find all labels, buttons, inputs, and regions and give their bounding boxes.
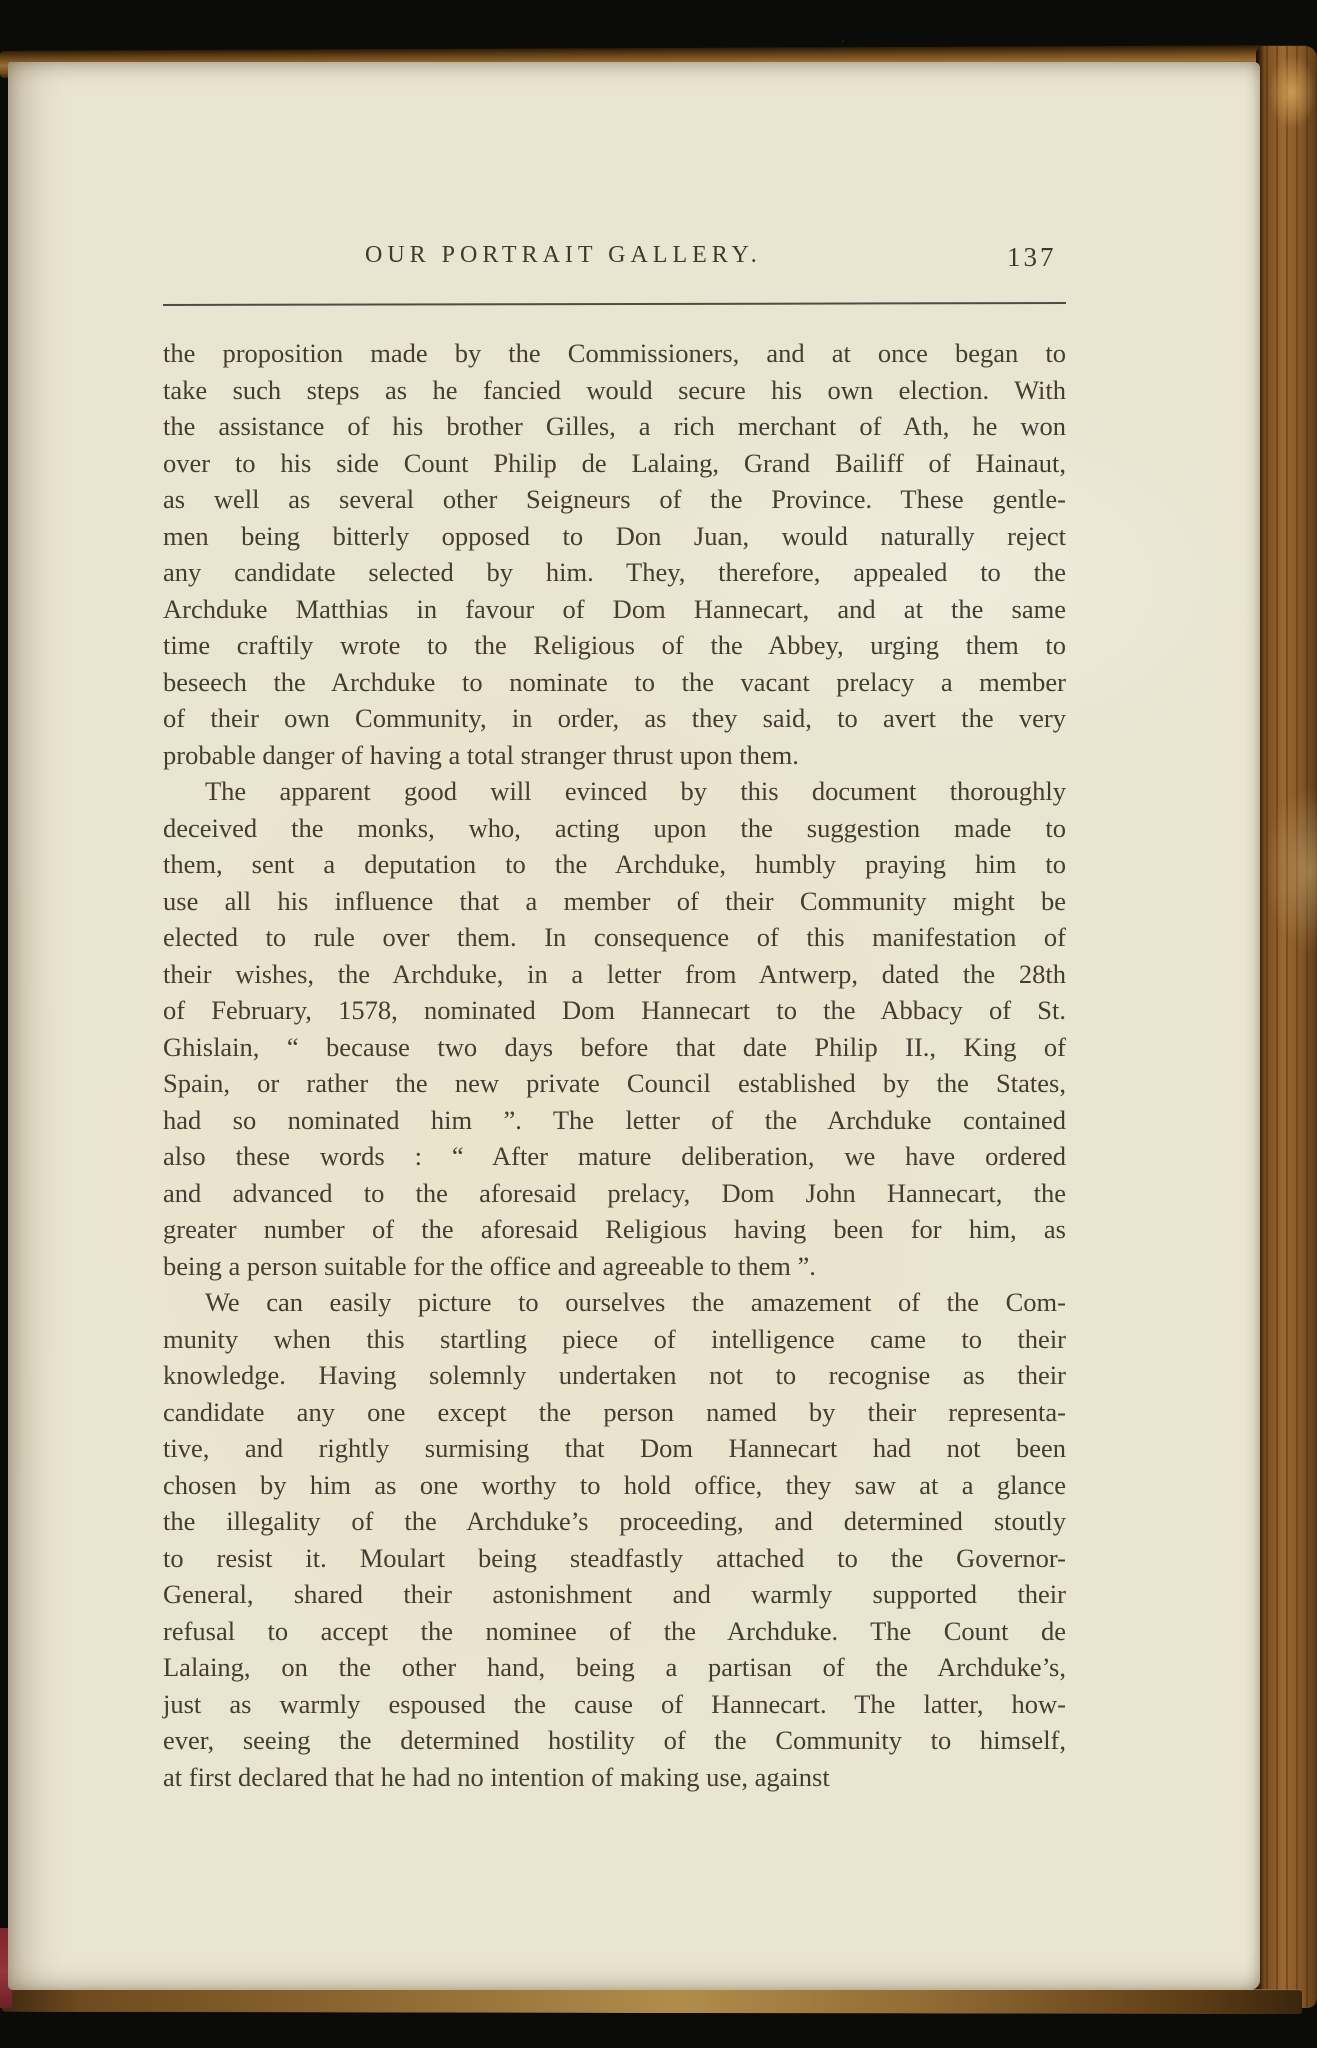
page-number: 137 (1007, 242, 1057, 273)
text-line: knowledge. Having solemnly undertaken no… (163, 1357, 1066, 1394)
text-line: over to his side Count Philip de Lalaing… (163, 445, 1066, 482)
text-line: and advanced to the aforesaid prelacy, D… (163, 1175, 1066, 1212)
text-line: deceived the monks, who, acting upon the… (163, 810, 1066, 847)
paragraph: The apparent good will evinced by this d… (163, 773, 1066, 1284)
text-line: ever, seeing the determined hostility of… (163, 1722, 1066, 1759)
text-line: take such steps as he fancied would secu… (163, 372, 1066, 409)
text-line: beseech the Archduke to nominate to the … (163, 664, 1066, 701)
paragraph: the proposition made by the Commissioner… (163, 335, 1066, 773)
text-line: to resist it. Moulart being steadfastly … (163, 1540, 1066, 1577)
text-line: men being bitterly opposed to Don Juan, … (163, 518, 1066, 555)
text-line: any candidate selected by him. They, the… (163, 554, 1066, 591)
text-line: Ghislain, “ because two days before that… (163, 1029, 1066, 1066)
text-line: munity when this startling piece of inte… (163, 1321, 1066, 1358)
text-line: just as warmly espoused the cause of Han… (163, 1686, 1066, 1723)
text-line: them, sent a deputation to the Archduke,… (163, 846, 1066, 883)
text-line: time craftily wrote to the Religious of … (163, 627, 1066, 664)
text-line: greater number of the aforesaid Religiou… (163, 1211, 1066, 1248)
book-cover-bottom-edge (2, 1987, 1302, 2014)
text-line: elected to rule over them. In consequenc… (163, 919, 1066, 956)
text-line: chosen by him as one worthy to hold offi… (163, 1467, 1066, 1504)
body-text: the proposition made by the Commissioner… (163, 335, 1066, 1795)
text-line: tive, and rightly surmising that Dom Han… (163, 1430, 1066, 1467)
text-line: The apparent good will evinced by this d… (163, 773, 1066, 810)
text-line: had so nominated him ”. The letter of th… (163, 1102, 1066, 1139)
text-line: candidate any one except the person name… (163, 1394, 1066, 1431)
header-rule (163, 302, 1066, 306)
text-line: their wishes, the Archduke, in a letter … (163, 956, 1066, 993)
text-line: Archduke Matthias in favour of Dom Hanne… (163, 591, 1066, 628)
text-line: refusal to accept the nominee of the Arc… (163, 1613, 1066, 1650)
text-line: probable danger of having a total strang… (163, 737, 1066, 774)
text-line: at first declared that he had no intenti… (163, 1759, 1066, 1796)
text-line: the illegality of the Archduke’s proceed… (163, 1503, 1066, 1540)
text-line: Lalaing, on the other hand, being a part… (163, 1649, 1066, 1686)
book-cover-right-edge (1256, 46, 1317, 2008)
text-line: also these words : “ After mature delibe… (163, 1138, 1066, 1175)
paragraph: We can easily picture to ourselves the a… (163, 1284, 1066, 1795)
running-header: OUR PORTRAIT GALLERY. (365, 242, 762, 269)
text-line: of their own Community, in order, as the… (163, 700, 1066, 737)
text-line: the assistance of his brother Gilles, a … (163, 408, 1066, 445)
text-line: being a person suitable for the office a… (163, 1248, 1066, 1285)
text-line: Spain, or rather the new private Council… (163, 1065, 1066, 1102)
book-page: OUR PORTRAIT GALLERY. 137 the propositio… (8, 62, 1260, 1990)
text-line: General, shared their astonishment and w… (163, 1576, 1066, 1613)
text-line: the proposition made by the Commissioner… (163, 335, 1066, 372)
text-line: We can easily picture to ourselves the a… (163, 1284, 1066, 1321)
text-line: as well as several other Seigneurs of th… (163, 481, 1066, 518)
text-line: use all his influence that a member of t… (163, 883, 1066, 920)
text-line: of February, 1578, nominated Dom Hanneca… (163, 992, 1066, 1029)
